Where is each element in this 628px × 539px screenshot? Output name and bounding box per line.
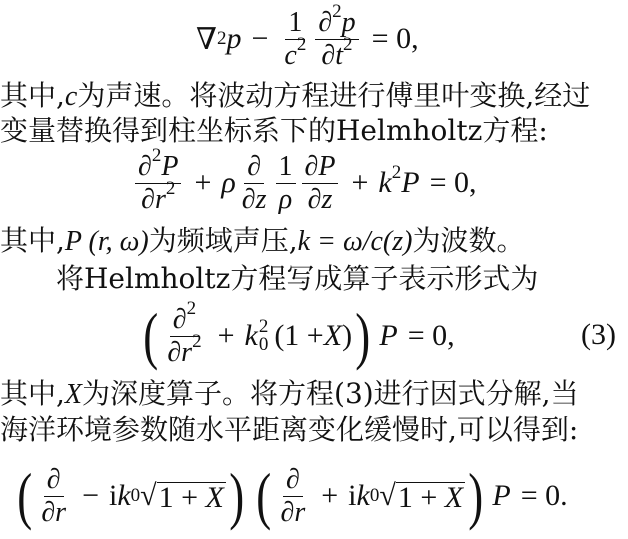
wavenumber-symbol: k = ω/c(z) <box>298 226 413 257</box>
paragraph-2: 其中,P (r, ω)为频域声压,k = ω/c(z)为波数。 <box>0 224 524 259</box>
paragraph-4-line-2: 海洋环境参数随水平距离变化缓慢时,可以得到: <box>0 413 578 447</box>
equation-operator: ( ∂2∂r2 + k20 (1 + X) ) P = 0, <box>140 298 465 374</box>
equation-factorized: ( ∂∂r − ik0 √1 + X ) ( ∂∂r + ik0 √1 + X … <box>14 458 578 534</box>
equation-number: (3) <box>581 318 616 352</box>
paragraph-1-line-1: 其中,c为声速。将波动方程进行傅里叶变换,经过 <box>0 79 590 114</box>
pressure-symbol: P (r, ω) <box>65 226 149 257</box>
equation-wave: ∇2p − 1c2 ∂2p∂t2 = 0, <box>196 2 429 76</box>
paragraph-4-line-1: 其中,X为深度算子。将方程(3)进行因式分解,当 <box>0 377 579 412</box>
paragraph-1-line-2: 变量替换得到柱坐标系下的Helmholtz方程: <box>0 114 548 148</box>
equation-helmholtz: ∂2P∂r2 + ρ ∂∂z 1ρ ∂P∂z + k2P = 0, <box>132 146 486 220</box>
paragraph-3: 将Helmholtz方程写成算子表示形式为 <box>56 262 538 296</box>
